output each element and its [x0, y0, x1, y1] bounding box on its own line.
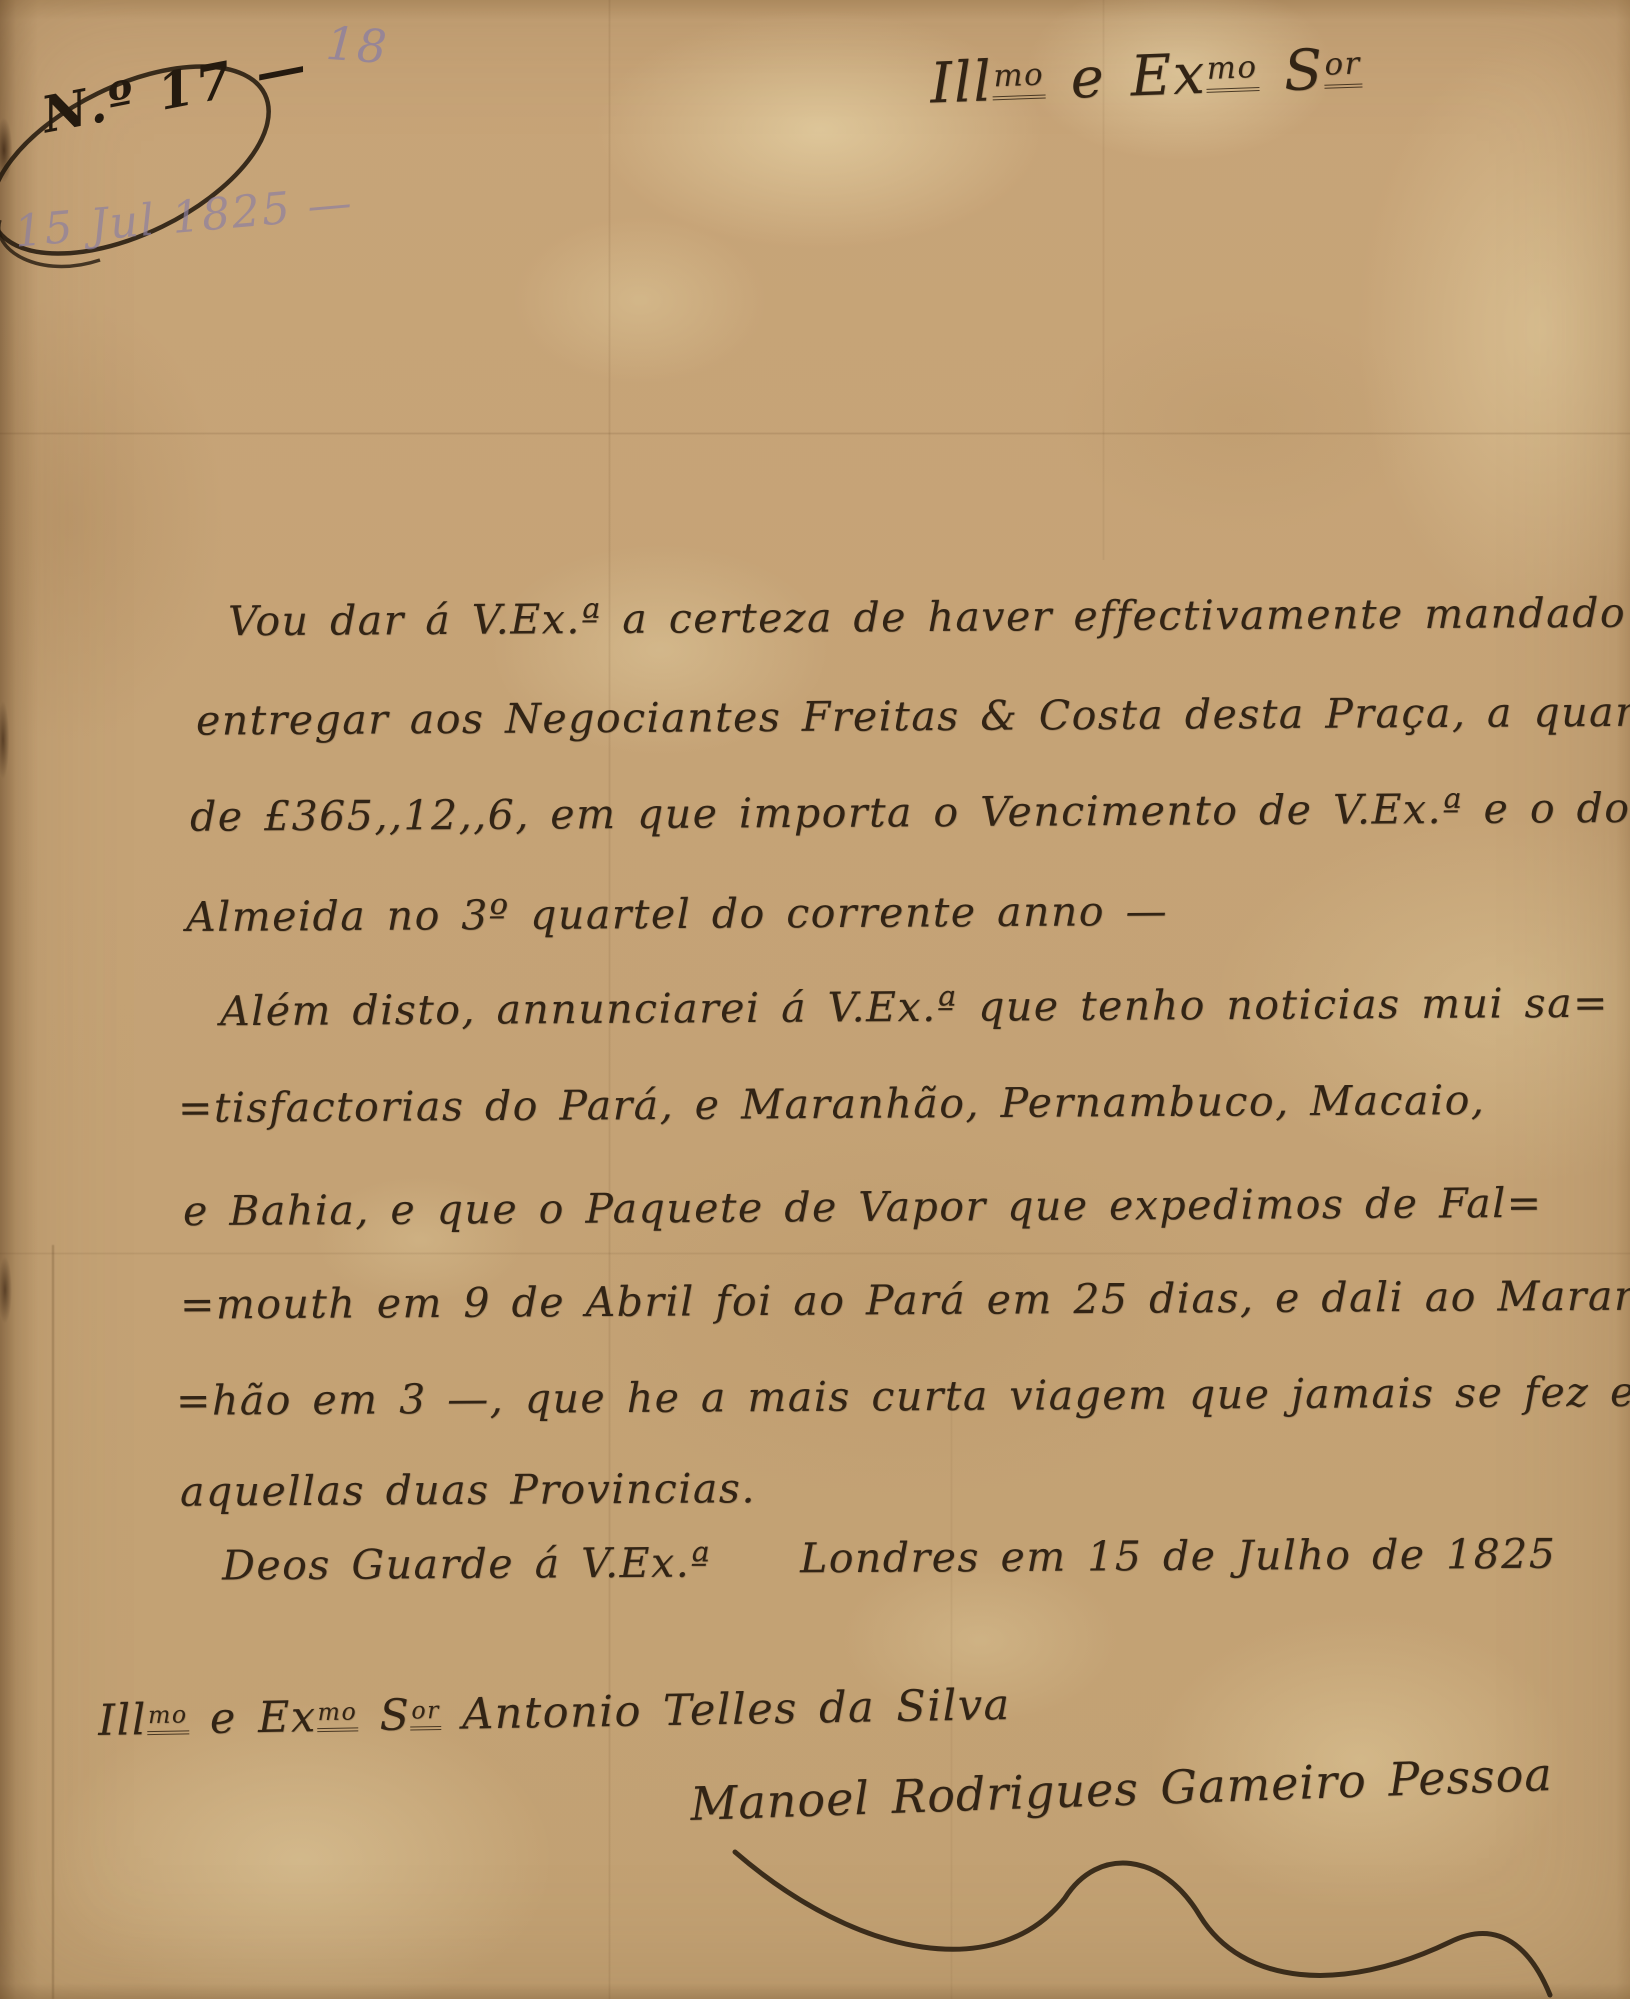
signature-flourish — [0, 0, 1630, 1999]
manuscript-letter-page: N.º 17 — 18 15 Jul 1825 — Illmo e Exmo S… — [0, 0, 1630, 1999]
